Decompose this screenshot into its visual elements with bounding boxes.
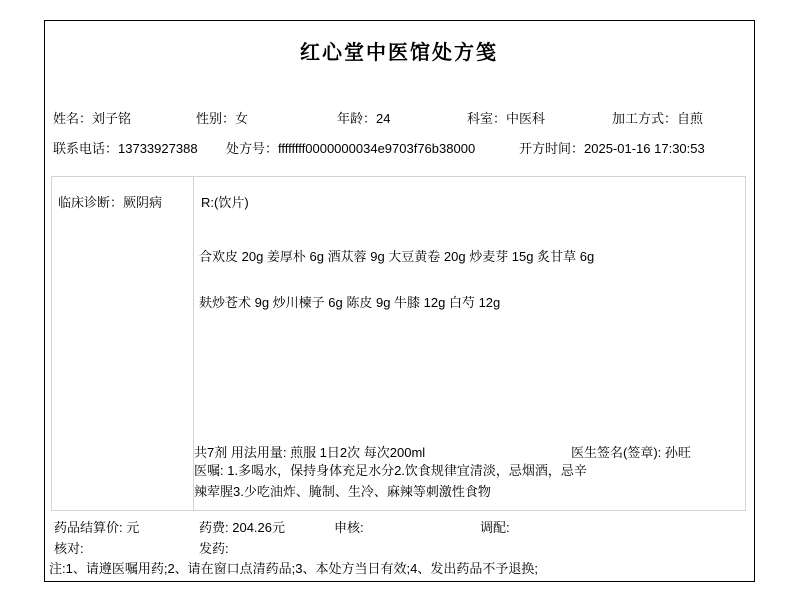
field-dispense: 发药: — [199, 538, 229, 557]
field-settlement-price: 药品结算价: 元 — [54, 517, 139, 536]
rx-number-value: ffffffff0000000034e9703f76b38000 — [278, 141, 475, 156]
issue-time-label: 开方时间： — [519, 141, 584, 156]
gender-value: 女 — [235, 111, 248, 126]
field-dispense-prep: 调配: — [480, 517, 510, 536]
age-value: 24 — [376, 111, 390, 126]
prescription-detail-box: 临床诊断：厥阴病 R:(饮片) 合欢皮 20g 姜厚朴 6g 酒苁蓉 9g 大豆… — [51, 176, 746, 511]
patient-name-value: 刘子铭 — [92, 111, 131, 126]
clinical-diagnosis-label: 临床诊断： — [58, 195, 123, 210]
usage-line: 共7剂 用法用量: 煎服 1日2次 每次200ml — [194, 442, 425, 461]
phone-value: 13733927388 — [118, 141, 198, 156]
medicine-fee-label: 药费: — [199, 520, 232, 535]
doctor-signature-label: 医生签名(签章): — [571, 445, 665, 460]
processing-value: 自煎 — [677, 111, 703, 126]
age-label: 年龄： — [337, 111, 376, 126]
field-patient-name: 姓名：刘子铭 — [53, 108, 131, 127]
field-processing-method: 加工方式：自煎 — [612, 108, 703, 127]
doctor-signature: 医生签名(签章): 孙旺 — [571, 442, 691, 461]
rx-number-label: 处方号： — [226, 141, 278, 156]
field-review: 申核: — [334, 517, 364, 536]
field-rx-number: 处方号：ffffffff0000000034e9703f76b38000 — [226, 138, 475, 157]
doctor-signature-value: 孙旺 — [665, 445, 691, 460]
field-clinical-diagnosis: 临床诊断：厥阴病 — [58, 192, 162, 211]
herb-line-1: 合欢皮 20g 姜厚朴 6g 酒苁蓉 9g 大豆黄卷 20g 炒麦芽 15g 炙… — [199, 246, 594, 265]
field-gender: 性别：女 — [196, 108, 248, 127]
department-value: 中医科 — [506, 111, 545, 126]
clinical-diagnosis-value: 厥阴病 — [123, 195, 162, 210]
medicine-fee-value: 204.26元 — [232, 520, 285, 535]
settlement-price-value: 元 — [123, 520, 140, 535]
prescription-page: 红心堂中医馆处方笺 姓名：刘子铭 性别：女 年龄：24 科室：中医科 加工方式：… — [0, 0, 800, 600]
field-age: 年龄：24 — [337, 108, 390, 127]
page-title: 红心堂中医馆处方笺 — [44, 36, 754, 65]
field-department: 科室：中医科 — [467, 108, 545, 127]
herb-line-2: 麸炒苍术 9g 炒川楝子 6g 陈皮 9g 牛膝 12g 白芍 12g — [199, 292, 500, 311]
issue-time-value: 2025-01-16 17:30:53 — [584, 141, 705, 156]
medical-advice: 医嘱: 1.多喝水，保持身体充足水分2.饮食规律宜清淡，忌烟酒，忌辛辣荤腥3.少… — [194, 460, 592, 502]
field-check: 核对: — [54, 538, 84, 557]
field-phone: 联系电话：13733927388 — [53, 138, 198, 157]
field-medicine-fee: 药费: 204.26元 — [199, 517, 285, 536]
department-label: 科室： — [467, 111, 506, 126]
phone-label: 联系电话： — [53, 141, 118, 156]
processing-label: 加工方式： — [612, 111, 677, 126]
rx-header: R:(饮片) — [201, 192, 249, 211]
field-issue-time: 开方时间：2025-01-16 17:30:53 — [519, 138, 705, 157]
settlement-price-label: 药品结算价: — [54, 520, 123, 535]
footnote: 注:1、请遵医嘱用药;2、请在窗口点清药品;3、本处方当日有效;4、发出药品不予… — [49, 558, 538, 577]
patient-name-label: 姓名： — [53, 111, 92, 126]
gender-label: 性别： — [196, 111, 235, 126]
